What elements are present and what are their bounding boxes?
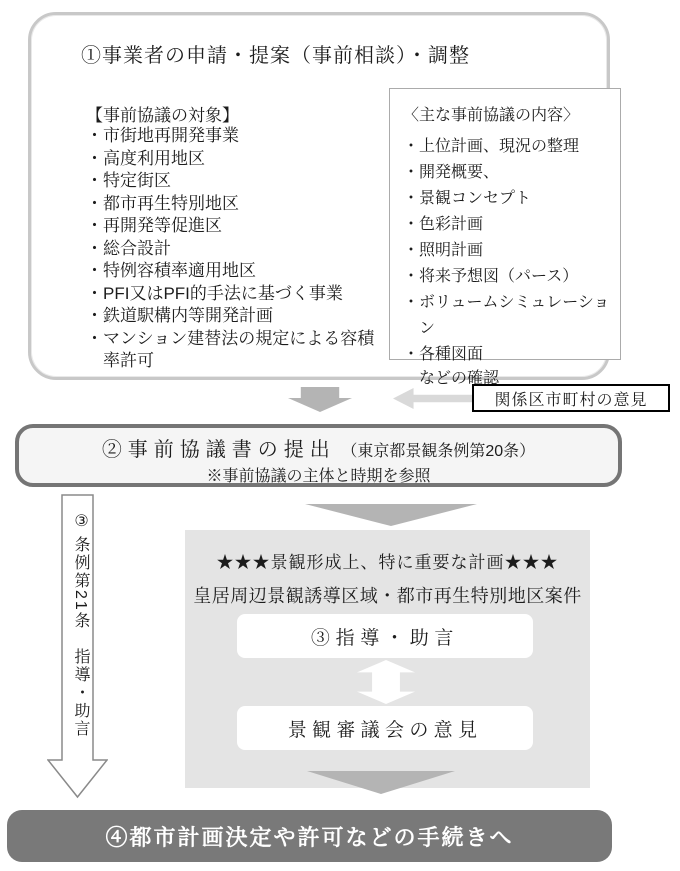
target-list-item: ・特例容積率適用地区 — [86, 260, 381, 283]
important-plan-subtitle: 皇居周辺景観誘導区域・都市再生特別地区案件 — [185, 582, 590, 608]
guidance-box: ③指導・助言 — [237, 614, 533, 658]
step1-box: ①事業者の申請・提案（事前相談）・調整 【事前協議の対象】 ・市街地再開発事業・… — [28, 12, 610, 380]
step4-title: ④都市計画決定や許可などの手続きへ — [105, 821, 513, 852]
content-list-item: ・景観コンセプト — [403, 186, 620, 212]
down-arrow-icon — [305, 504, 477, 526]
municipality-note-box: 関係区市町村の意見 — [472, 384, 670, 412]
council-label: 景観審議会の意見 — [288, 715, 483, 742]
contents-box: 〈主な事前協議の内容〉 ・上位計画、現況の整理・開発概要、・景観コンセプト・色彩… — [389, 88, 621, 360]
side-arrow-step: ③ — [72, 511, 89, 532]
side-arrow-law: 条例第21条 — [72, 536, 89, 630]
target-list-item: ・マンション建替法の規定による容積率許可 — [86, 328, 381, 373]
step2-title-line: ②事前協議書の提出 （東京都景観条例第20条） — [19, 433, 618, 462]
step2-title: ②事前協議書の提出 — [102, 439, 336, 461]
target-list-item: ・PFI又はPFI的手法に基づく事業 — [86, 283, 381, 306]
council-box: 景観審議会の意見 — [237, 706, 533, 750]
target-list-item: ・市街地再開発事業 — [86, 125, 381, 148]
target-list-item: ・特定街区 — [86, 170, 381, 193]
target-list-item: ・総合設計 — [86, 238, 381, 261]
step1-title: ①事業者の申請・提案（事前相談）・調整 — [81, 39, 470, 68]
target-list-item: ・高度利用地区 — [86, 148, 381, 171]
side-arrow-label: ③条例第21条指導・助言 — [69, 511, 92, 738]
content-list-item: ・各種図面 — [403, 342, 620, 368]
contents-list: ・上位計画、現況の整理・開発概要、・景観コンセプト・色彩計画・照明計画・将来予想… — [403, 134, 620, 368]
content-list-item: ・将来予想図（パース） — [403, 264, 620, 290]
content-list-item: ・色彩計画 — [403, 212, 620, 238]
municipality-note-label: 関係区市町村の意見 — [494, 387, 647, 410]
up-down-arrow-icon — [357, 660, 415, 704]
flow-diagram: ①事業者の申請・提案（事前相談）・調整 【事前協議の対象】 ・市街地再開発事業・… — [0, 0, 680, 871]
side-arrow-action: 指導・助言 — [72, 648, 89, 738]
contents-heading: 〈主な事前協議の内容〉 — [403, 102, 620, 125]
content-list-item: ・開発概要、 — [403, 160, 620, 186]
targets-heading: 【事前協議の対象】 — [86, 101, 239, 126]
step2-box: ②事前協議書の提出 （東京都景観条例第20条） ※事前協議の主体と時期を参照 — [15, 424, 622, 487]
guidance-label: ③指導・助言 — [311, 623, 459, 650]
target-list-item: ・都市再生特別地区 — [86, 193, 381, 216]
step2-subtitle: ※事前協議の主体と時期を参照 — [19, 463, 618, 486]
step4-box: ④都市計画決定や許可などの手続きへ — [7, 810, 612, 862]
important-plan-panel: ★★★景観形成上、特に重要な計画★★★ 皇居周辺景観誘導区域・都市再生特別地区案… — [185, 530, 590, 788]
down-arrow-icon — [288, 387, 352, 412]
important-plan-title: ★★★景観形成上、特に重要な計画★★★ — [185, 548, 590, 573]
targets-list: ・市街地再開発事業・高度利用地区・特定街区・都市再生特別地区・再開発等促進区・総… — [86, 125, 381, 373]
target-list-item: ・鉄道駅構内等開発計画 — [86, 305, 381, 328]
content-list-item: ・ボリュームシミュレーション — [403, 290, 620, 342]
content-list-item: ・上位計画、現況の整理 — [403, 134, 620, 160]
target-list-item: ・再開発等促進区 — [86, 215, 381, 238]
left-arrow-icon — [393, 388, 472, 409]
content-list-item: ・照明計画 — [403, 238, 620, 264]
step2-note: （東京都景観条例第20条） — [341, 443, 535, 460]
